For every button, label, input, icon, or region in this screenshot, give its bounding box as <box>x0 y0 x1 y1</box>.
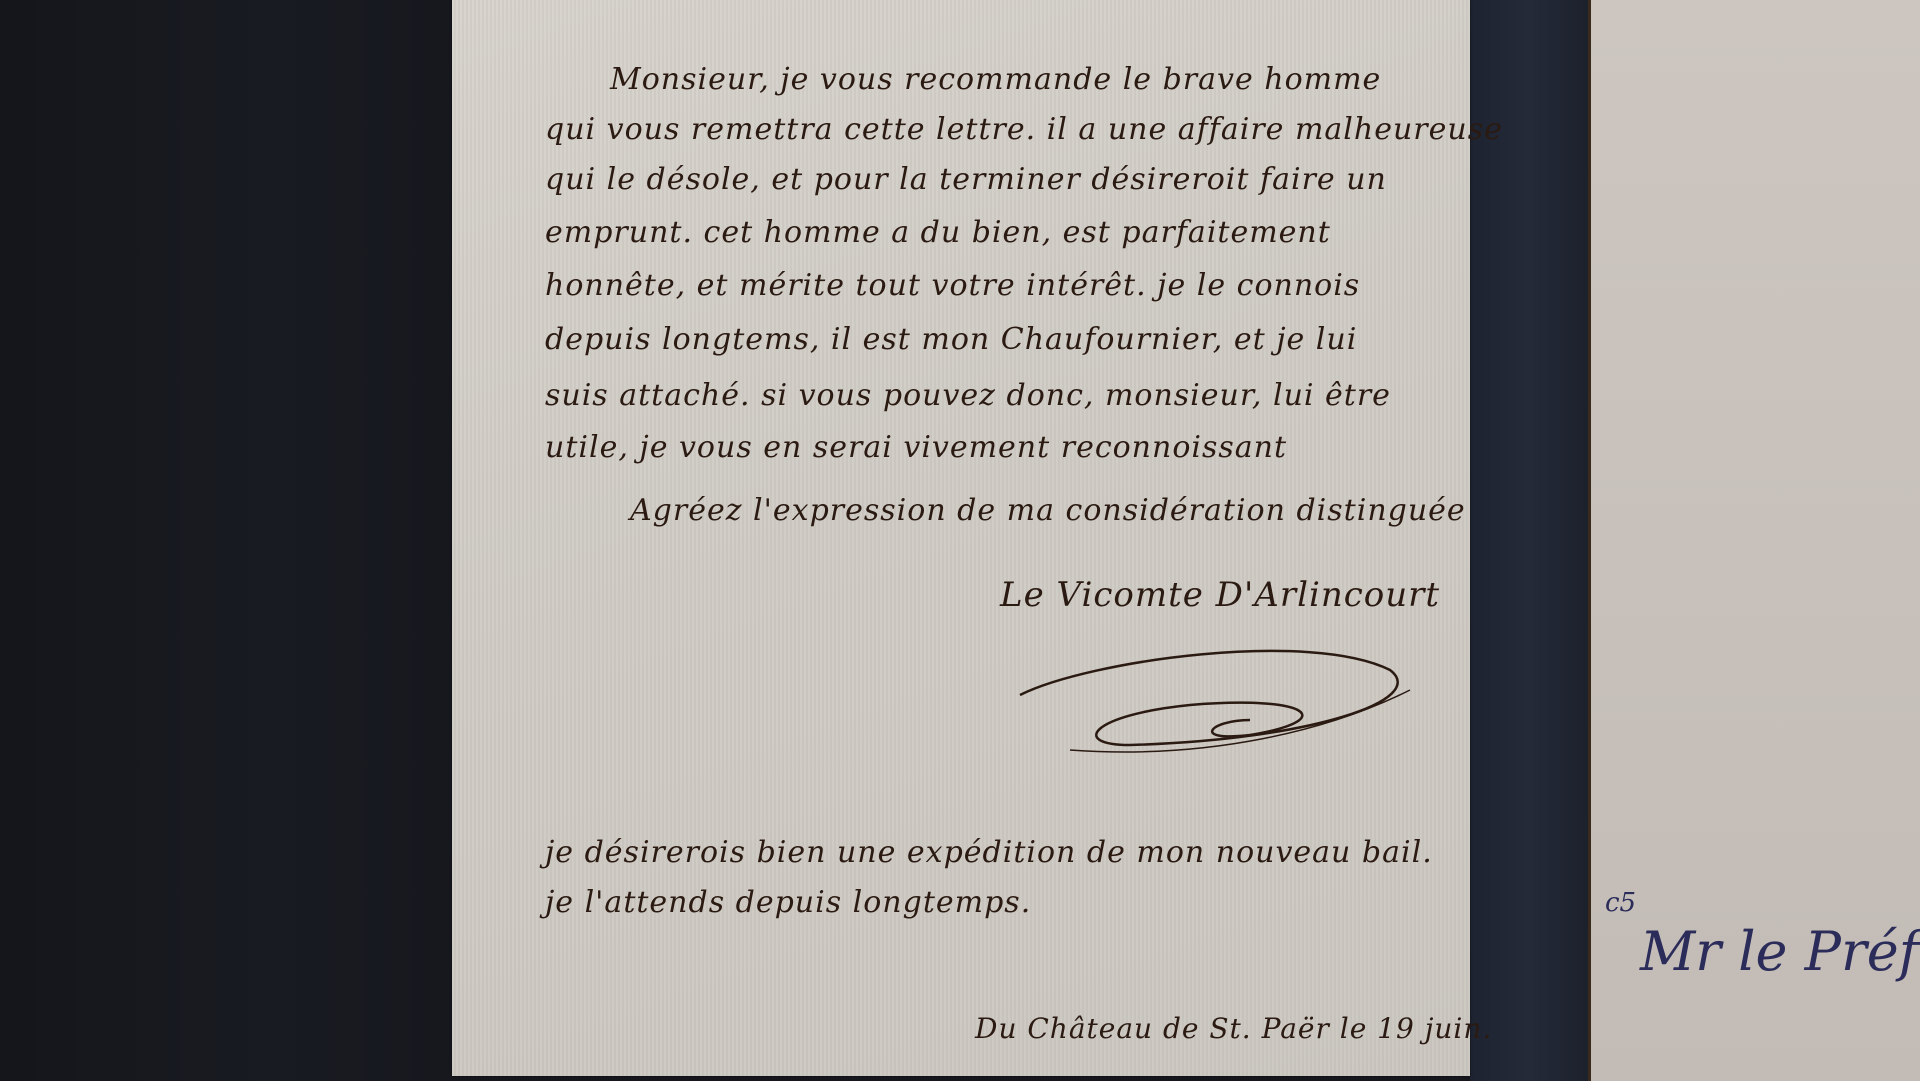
closing-line: Agréez l'expression de ma considération … <box>630 493 1466 528</box>
postscript-line: je l'attends depuis longtemps. <box>545 885 1031 920</box>
body-line: depuis longtems, il est mon Chaufournier… <box>545 322 1357 357</box>
body-line: emprunt. cet homme a du bien, est parfai… <box>545 215 1331 250</box>
envelope <box>1588 0 1920 1081</box>
dark-divider-strip <box>1470 0 1588 1081</box>
body-line: suis attaché. si vous pouvez donc, monsi… <box>545 378 1391 413</box>
body-line: utile, je vous en serai vivement reconno… <box>545 430 1287 465</box>
body-line: qui le désole, et pour la terminer désir… <box>545 162 1387 197</box>
postscript-line: je désirerois bien une expédition de mon… <box>545 835 1433 870</box>
body-line: Monsieur, je vous recommande le brave ho… <box>610 62 1381 97</box>
body-line: qui vous remettra cette lettre. il a une… <box>545 112 1503 147</box>
envelope-address: Mr le Préf <box>1640 920 1919 983</box>
dateline: Du Château de St. Paër le 19 juin. <box>975 1012 1492 1045</box>
envelope-mark: c5 <box>1605 888 1636 918</box>
body-line: honnête, et mérite tout votre intérêt. j… <box>545 268 1360 303</box>
signature-flourish-icon <box>1010 620 1430 770</box>
signature: Le Vicomte D'Arlincourt <box>1000 575 1440 615</box>
dark-background-left <box>0 0 450 1081</box>
